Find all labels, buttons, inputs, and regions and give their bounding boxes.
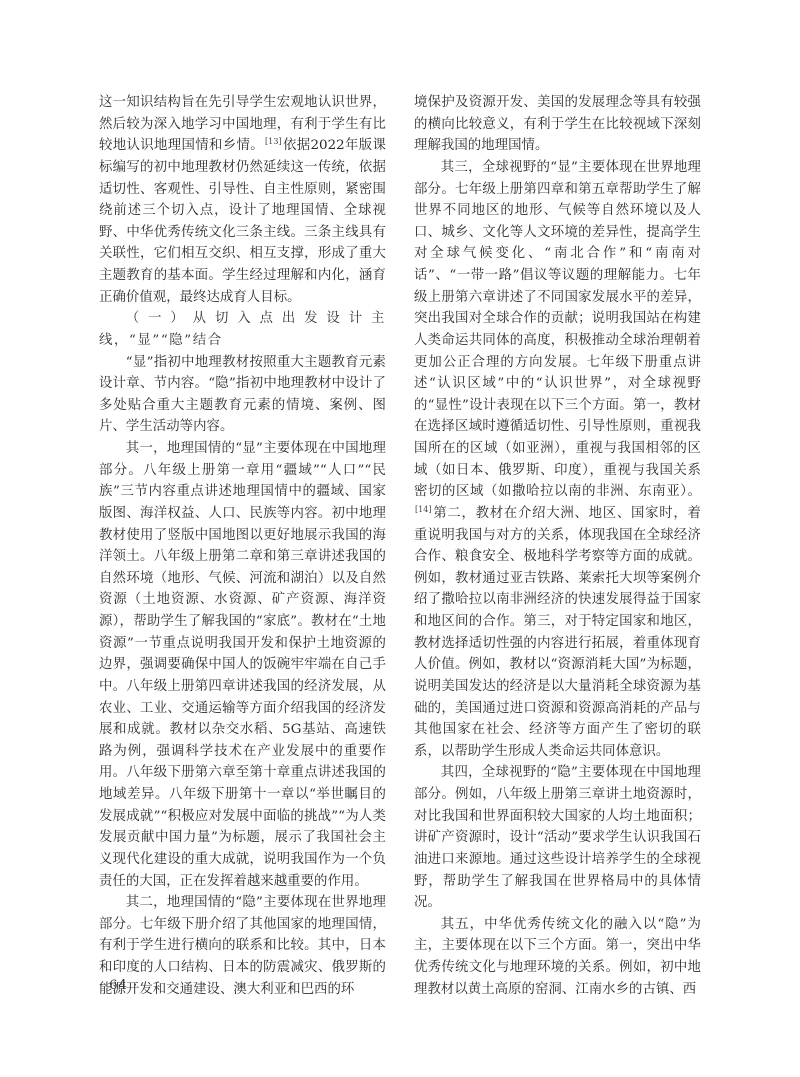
section-heading: （一）从切入点出发设计主线，“显”“隐”结合 [99, 308, 386, 351]
paragraph-text: 依据2022年版课标编写的初中地理教材仍然延续这一传统，依据适切性、客观性、引导… [99, 138, 386, 304]
paper-page: 这一知识结构旨在先引导学生宏观地认识世界，然后较为深入地学习中国地理，有利于学生… [0, 0, 800, 1077]
page-number: · 64 · [99, 978, 138, 993]
right-column: 境保护及资源开发、美国的发展理念等具有较强的横向比较意义，有利于学生在比较视域下… [414, 92, 701, 1000]
paragraph-point-two: 其二，地理国情的“隐”主要体现在世界地理部分。七年级下册介绍了其他国家的地理国情… [99, 892, 386, 1000]
paragraph-point-three: 其三，全球视野的“显”主要体现在世界地理部分。七年级上册第四章和第五章帮助学生了… [414, 157, 701, 763]
paragraph-point-two-continued: 境保护及资源开发、美国的发展理念等具有较强的横向比较意义，有利于学生在比较视域下… [414, 92, 701, 157]
paragraph-point-four: 其四，全球视野的“隐”主要体现在中国地理部分。例如，八年级上册第三章讲土地资源时… [414, 762, 701, 913]
paragraph-xian-yin-definition: “显”指初中地理教材按照重大主题教育元素设计章、节内容。“隐”指初中地理教材中设… [99, 352, 386, 439]
citation-14: [14] [415, 505, 432, 514]
citation-13: [13] [265, 137, 282, 146]
paragraph-intro: 这一知识结构旨在先引导学生宏观地认识世界，然后较为深入地学习中国地理，有利于学生… [99, 92, 386, 308]
paragraph-point-five: 其五，中华优秀传统文化的融入以“隐”为主，主要体现在以下三个方面。第一，突出中华… [414, 914, 701, 1001]
paragraph-text: 第二，教材在介绍大洲、地区、国家时，着重说明我国与对方的关系，体现我国在全球经济… [414, 506, 701, 759]
paragraph-point-one: 其一，地理国情的“显”主要体现在中国地理部分。八年级上册第一章用“疆域”“人口”… [99, 438, 386, 892]
paragraph-text: 其三，全球视野的“显”主要体现在世界地理部分。七年级上册第四章和第五章帮助学生了… [414, 160, 701, 499]
left-column: 这一知识结构旨在先引导学生宏观地认识世界，然后较为深入地学习中国地理，有利于学生… [99, 92, 386, 1000]
